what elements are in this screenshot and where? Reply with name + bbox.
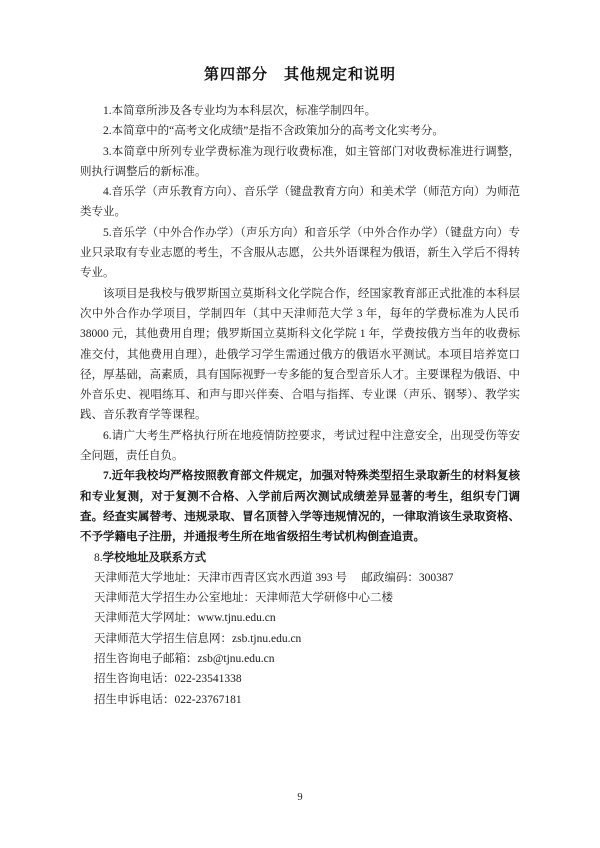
section-8-number: 8. <box>94 552 103 564</box>
paragraph-1: 1.本简章所涉及各专业均为本科层次，标准学制四年。 <box>80 101 520 121</box>
contact-line-website: 天津师范大学网址：www.tjnu.edu.cn <box>80 608 520 628</box>
paragraph-6: 6.请广大考生严格执行所在地疫情防控要求，考试过程中注意安全，出现受伤等安全问题… <box>80 426 520 467</box>
document-content: 第四部分 其他规定和说明 1.本简章所涉及各专业均为本科层次，标准学制四年。 2… <box>80 64 520 710</box>
paragraph-7-bold-notice: 7.近年我校均严格按照教育部文件规定，加强对特殊类型招生录取新生的材料复核和专业… <box>80 466 520 547</box>
contact-info-block: 天津师范大学地址：天津市西青区宾水西道 393 号 邮政编码：300387 天津… <box>80 568 520 710</box>
section-8-label: 学校地址及联系方式 <box>103 552 207 564</box>
section-8-heading: 8.学校地址及联系方式 <box>80 548 520 568</box>
page-number: 9 <box>0 792 600 803</box>
contact-line-consult-phone: 招生咨询电话：022-23541338 <box>80 669 520 689</box>
paragraph-2: 2.本简章中的“高考文化成绩”是指不含政策加分的高考文化实考分。 <box>80 121 520 141</box>
paragraph-3: 3.本简章中所列专业学费标准为现行收费标准，如主管部门对收费标准进行调整，则执行… <box>80 142 520 183</box>
contact-line-office-address: 天津师范大学招生办公室地址：天津师范大学研修中心二楼 <box>80 588 520 608</box>
document-page: 第四部分 其他规定和说明 1.本简章所涉及各专业均为本科层次，标准学制四年。 2… <box>0 0 600 848</box>
page-title: 第四部分 其他规定和说明 <box>80 64 520 86</box>
contact-line-appeal-phone: 招生申诉电话：022-23767181 <box>80 690 520 710</box>
paragraph-5: 5.音乐学（中外合作办学）（声乐方向）和音乐学（中外合作办学）（键盘方向）专业只… <box>80 223 520 284</box>
paragraph-4: 4.音乐学（声乐教育方向）、音乐学（键盘教育方向）和美术学（师范方向）为师范类专… <box>80 182 520 223</box>
contact-line-email: 招生咨询电子邮箱：zsb@tjnu.edu.cn <box>80 649 520 669</box>
contact-line-address: 天津师范大学地址：天津市西青区宾水西道 393 号 邮政编码：300387 <box>80 568 520 588</box>
contact-line-admissions-site: 天津师范大学招生信息网：zsb.tjnu.edu.cn <box>80 629 520 649</box>
paragraph-project-description: 该项目是我校与俄罗斯国立莫斯科文化学院合作，经国家教育部正式批准的本科层次中外合… <box>80 284 520 426</box>
